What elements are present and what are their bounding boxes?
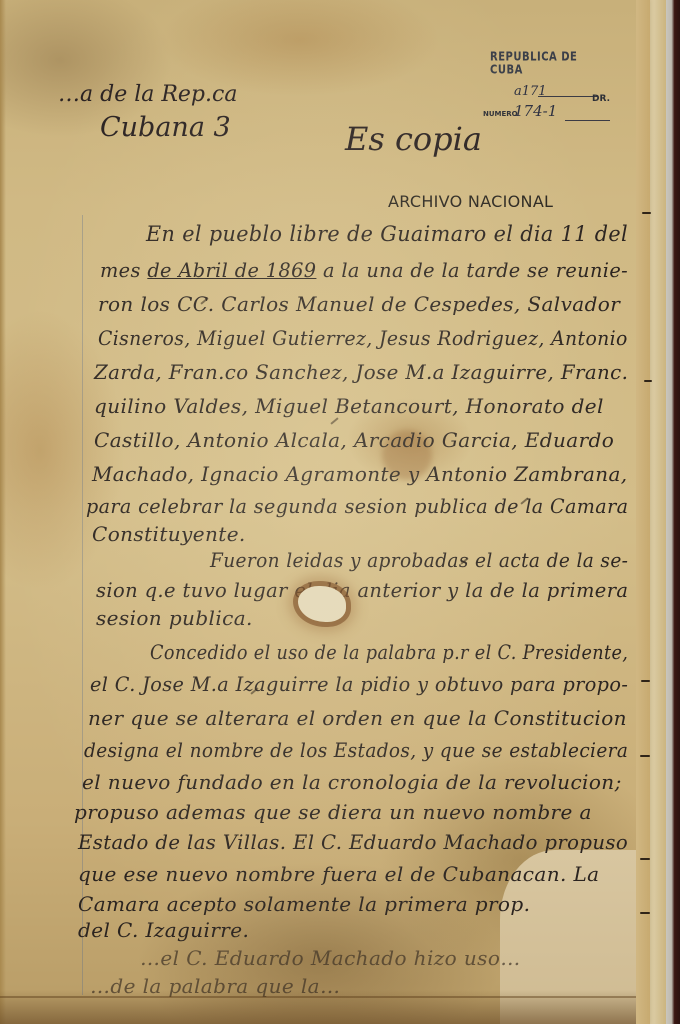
manuscript-line: el nuevo fundado en la cronologia de la …	[82, 770, 622, 794]
stamp-upper-number: a171	[514, 84, 547, 99]
edge-ink-mark	[640, 858, 650, 860]
manuscript-line: Estado de las Villas. El C. Eduardo Mach…	[78, 830, 628, 854]
fold-crease	[0, 996, 636, 998]
ruling-mark	[250, 687, 258, 694]
edge-ink-mark	[641, 680, 650, 682]
manuscript-line: Camara acepto solamente la primera prop.	[78, 892, 530, 916]
manuscript-line: Castillo, Antonio Alcala, Arcadio Garcia…	[94, 428, 614, 452]
registry-stamp: REPUBLICA DE CUBA a171 DR. NUMERO 174-1	[480, 48, 610, 126]
torn-corner	[500, 850, 636, 1024]
manuscript-line: …el C. Eduardo Machado hizo uso…	[140, 946, 521, 970]
edge-ink-mark	[640, 912, 650, 914]
heading-es-copia: Es copia	[345, 120, 482, 158]
stamp-rule	[538, 96, 598, 97]
ruling-mark	[460, 557, 468, 564]
stamp-numero-label: NUMERO	[483, 110, 518, 118]
stamp-dr: DR.	[592, 94, 610, 104]
manuscript-line: …de la palabra que la…	[90, 974, 340, 998]
manuscript-line: quilino Valdes, Miguel Betancourt, Honor…	[94, 394, 604, 418]
manuscript-line: que ese nuevo nombre fuera el de Cubanac…	[78, 862, 600, 886]
heading-cubana: Cubana 3	[100, 112, 231, 143]
edge-ink-mark	[642, 212, 651, 214]
manuscript-line: mes de Abril de 1869 a la una de la tard…	[100, 258, 628, 282]
bottom-shadow	[0, 990, 636, 1024]
ruling-mark	[520, 497, 528, 504]
manuscript-line: sion q.e tuvo lugar el dia anterior y la…	[96, 578, 628, 602]
manuscript-line: el C. Jose M.a Izaguirre la pidio y obtu…	[90, 672, 628, 696]
manuscript-line: Zarda, Fran.co Sanchez, Jose M.a Izaguir…	[94, 360, 628, 384]
manuscript-line: del C. Izaguirre.	[78, 918, 249, 942]
manuscript-line: Constituyente.	[92, 522, 246, 546]
manuscript-line: sesion publica.	[96, 606, 253, 630]
frame-edge	[666, 0, 680, 1024]
manuscript-line: En el pueblo libre de Guaimaro el dia 11…	[146, 222, 628, 246]
stamp-republica: REPUBLICA DE CUBA	[490, 51, 610, 77]
edge-ink-mark	[644, 380, 652, 382]
manuscript-line: ron los CC. Carlos Manuel de Cespedes, S…	[98, 292, 620, 316]
manuscript-line: designa el nombre de los Estados, y que …	[84, 738, 628, 762]
manuscript-line: Machado, Ignacio Agramonte y Antonio Zam…	[92, 462, 628, 486]
ruling-mark	[330, 417, 338, 424]
heading-republic: …a de la Rep.ca	[58, 82, 237, 107]
sheet-left-edge	[0, 0, 6, 1024]
water-stain	[382, 430, 432, 480]
manuscript-line: para celebrar la segunda sesion publica …	[86, 494, 628, 518]
underlined-date: de Abril de 1869	[147, 258, 316, 282]
edge-ink-mark	[640, 755, 650, 757]
manuscript-line: Concedido el uso de la palabra p.r el C.…	[150, 640, 628, 664]
manuscript-line: propuso ademas que se diera un nuevo nom…	[74, 800, 592, 824]
margin-rule	[82, 215, 83, 995]
ruling-mark	[200, 297, 208, 304]
manuscript-line: ner que se alterara el orden en que la C…	[88, 706, 627, 730]
manuscript-line: Cisneros, Miguel Gutierrez, Jesus Rodrig…	[98, 326, 628, 350]
stamp-numero-value: 174-1	[514, 102, 557, 120]
archivo-nacional-stamp: ARCHIVO NACIONAL	[388, 192, 553, 211]
stamp-rule	[565, 120, 610, 121]
manuscript-sheet: REPUBLICA DE CUBA a171 DR. NUMERO 174-1 …	[0, 0, 636, 1024]
burn-hole	[298, 586, 346, 622]
manuscript-line: Fueron leidas y aprobadas el acta de la …	[210, 548, 628, 572]
